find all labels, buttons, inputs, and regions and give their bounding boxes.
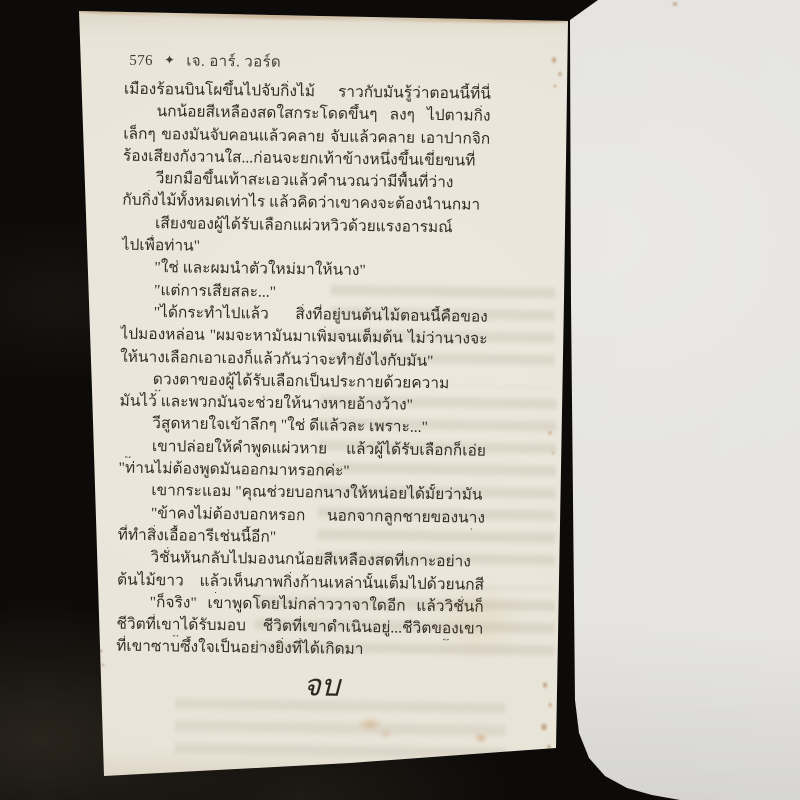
page-content: 576 ✦ เจ. อาร์. วอร์ด เมืองร้อนบินโผขึ้น…	[68, 11, 584, 800]
foxing-stain	[668, 0, 682, 9]
four-pointed-star-icon: ✦	[164, 52, 176, 68]
author-running-head: เจ. อาร์. วอร์ด	[186, 49, 281, 74]
the-end-word: จบ	[115, 660, 483, 712]
running-head: 576 ✦ เจ. อาร์. วอร์ด	[129, 48, 281, 74]
book-photo: 576 ✦ เจ. อาร์. วอร์ด เมืองร้อนบินโผขึ้น…	[0, 0, 800, 800]
body-text: เมืองร้อนบินโผขึ้นไปจับกิ่งไม้ ราวกับมัน…	[116, 79, 491, 664]
page-number: 576	[129, 53, 153, 70]
